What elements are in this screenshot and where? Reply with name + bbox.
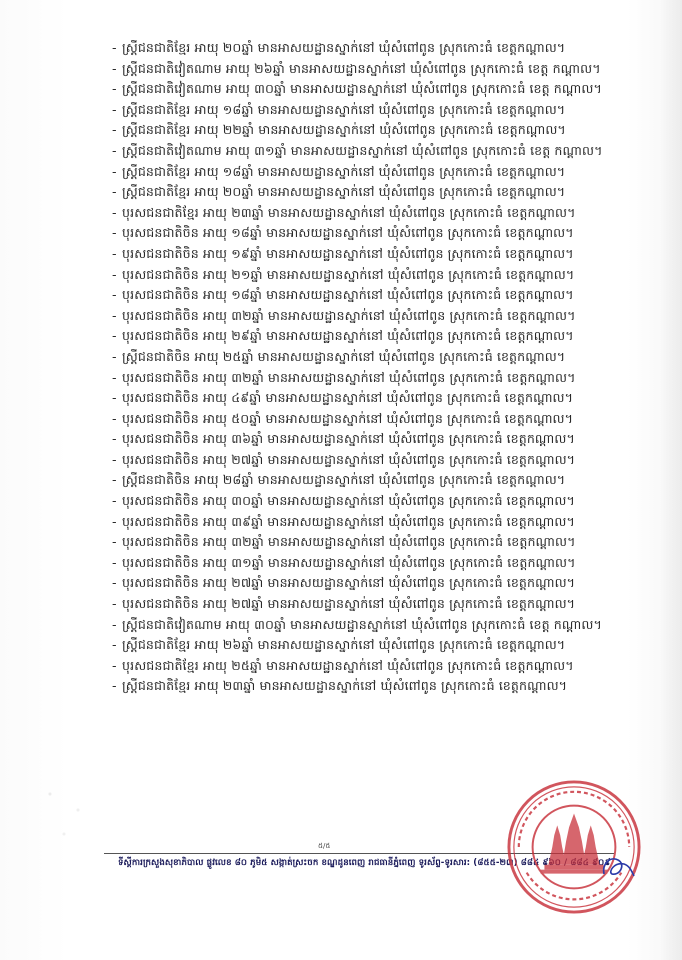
- case-entry: -ស្ត្រីជនជាតិវៀតណាម អាយុ ៣០ឆ្នាំ មានអាសយ…: [112, 79, 652, 100]
- case-entry: -បុរសជនជាតិចិន អាយុ ៣១ឆ្នាំ មានអាសយដ្ឋាន…: [112, 553, 652, 574]
- case-entry-text: ស្ត្រីជនជាតិចិន អាយុ ២៥ឆ្នាំ មានអាសយដ្ឋា…: [122, 349, 565, 364]
- case-entry-text: ស្ត្រីជនជាតិខ្មែរ អាយុ ២៦ឆ្នាំ មានអាសយដ្…: [122, 637, 565, 652]
- case-entry: -ស្ត្រីជនជាតិខ្មែរ អាយុ ២២ឆ្នាំ មានអាសយដ…: [112, 120, 652, 141]
- bullet-dash: -: [112, 306, 122, 327]
- bullet-dash: -: [112, 244, 122, 265]
- case-entry: -បុរសជនជាតិចិន អាយុ ៣៦ឆ្នាំ មានអាសយដ្ឋាន…: [112, 429, 652, 450]
- case-entry: -ស្ត្រីជនជាតិចិន អាយុ ២៨ឆ្នាំ មានអាសយដ្ឋ…: [112, 470, 652, 491]
- bullet-dash: -: [112, 223, 122, 244]
- bullet-dash: -: [112, 656, 122, 677]
- bullet-dash: -: [112, 615, 122, 636]
- case-entry: -បុរសជនជាតិចិន អាយុ ២៧ឆ្នាំ មានអាសយដ្ឋាន…: [112, 450, 652, 471]
- case-entry: -ស្ត្រីជនជាតិខ្មែរ អាយុ ១៨ឆ្នាំ មានអាសយដ…: [112, 162, 652, 183]
- case-entry-text: បុរសជនជាតិចិន អាយុ ៤៩ឆ្នាំ មានអាសយដ្ឋានស…: [122, 390, 573, 405]
- case-entry-text: បុរសជនជាតិចិន អាយុ ៣២ឆ្នាំ មានអាសយដ្ឋានស…: [122, 370, 576, 385]
- official-seal-angkor-icon: [505, 778, 643, 916]
- case-entry-text: បុរសជនជាតិចិន អាយុ ៣២ឆ្នាំ មានអាសយដ្ឋានស…: [122, 308, 576, 323]
- case-entry: -ស្ត្រីជនជាតិវៀតណាម អាយុ ២៦ឆ្នាំ មានអាសយ…: [112, 59, 652, 80]
- case-entry: -បុរសជនជាតិចិន អាយុ ៣២ឆ្នាំ មានអាសយដ្ឋាន…: [112, 532, 652, 553]
- document-page: -ស្ត្រីជនជាតិខ្មែរ អាយុ ២០ឆ្នាំ មានអាសយដ…: [0, 0, 682, 960]
- case-entry: -បុរសជនជាតិចិន អាយុ ៥០ឆ្នាំ មានអាសយដ្ឋាន…: [112, 409, 652, 430]
- case-entry-text: បុរសជនជាតិខ្មែរ អាយុ ២៣ឆ្នាំ មានអាសយដ្ឋា…: [122, 205, 576, 220]
- case-entry: -បុរសជនជាតិចិន អាយុ ២១ឆ្នាំ មានអាសយដ្ឋាន…: [112, 265, 652, 286]
- case-entry: -ស្ត្រីជនជាតិខ្មែរ អាយុ ២៦ឆ្នាំ មានអាសយដ…: [112, 635, 652, 656]
- case-entry-text: បុរសជនជាតិចិន អាយុ ៣៩ឆ្នាំ មានអាសយដ្ឋានស…: [122, 514, 575, 529]
- case-entry: -បុរសជនជាតិចិន អាយុ ៤៩ឆ្នាំ មានអាសយដ្ឋាន…: [112, 388, 652, 409]
- case-entry: -បុរសជនជាតិចិន អាយុ ១៩ឆ្នាំ មានអាសយដ្ឋាន…: [112, 244, 652, 265]
- bullet-dash: -: [112, 368, 122, 389]
- case-entry-text: បុរសជនជាតិចិន អាយុ ២៧ឆ្នាំ មានអាសយដ្ឋានស…: [122, 452, 575, 467]
- case-entry-text: បុរសជនជាតិចិន អាយុ ១៨ឆ្នាំ មានអាសយដ្ឋានស…: [122, 225, 574, 240]
- bullet-dash: -: [112, 573, 122, 594]
- case-entry: -ស្ត្រីជនជាតិខ្មែរ អាយុ ១៨ឆ្នាំ មានអាសយដ…: [112, 100, 652, 121]
- bullet-dash: -: [112, 265, 122, 286]
- bullet-dash: -: [112, 491, 122, 512]
- case-entry-text: បុរសជនជាតិចិន អាយុ ៣៦ឆ្នាំ មានអាសយដ្ឋានស…: [122, 431, 575, 446]
- case-entry: -បុរសជនជាតិចិន អាយុ ៣២ឆ្នាំ មានអាសយដ្ឋាន…: [112, 368, 652, 389]
- case-entry: -បុរសជនជាតិចិន អាយុ ២៧ឆ្នាំ មានអាសយដ្ឋាន…: [112, 594, 652, 615]
- bullet-dash: -: [112, 141, 122, 162]
- case-entry-text: ស្ត្រីជនជាតិចិន អាយុ ២៨ឆ្នាំ មានអាសយដ្ឋា…: [122, 472, 565, 487]
- case-entry-text: បុរសជនជាតិចិន អាយុ ៣២ឆ្នាំ មានអាសយដ្ឋានស…: [122, 534, 576, 549]
- bullet-dash: -: [112, 553, 122, 574]
- case-entry: -ស្ត្រីជនជាតិខ្មែរ អាយុ ២០ឆ្នាំ មានអាសយដ…: [112, 38, 652, 59]
- case-entry: -បុរសជនជាតិចិន អាយុ ២៩ឆ្នាំ មានអាសយដ្ឋាន…: [112, 326, 652, 347]
- bullet-dash: -: [112, 203, 122, 224]
- case-entry-text: ស្ត្រីជនជាតិខ្មែរ អាយុ ១៨ឆ្នាំ មានអាសយដ្…: [122, 164, 565, 179]
- case-entry-text: ស្ត្រីជនជាតិវៀតណាម អាយុ ៣០ឆ្នាំ មានអាសយដ…: [122, 81, 602, 96]
- case-entry-text: បុរសជនជាតិចិន អាយុ ២៧ឆ្នាំ មានអាសយដ្ឋានស…: [122, 575, 575, 590]
- bullet-dash: -: [112, 388, 122, 409]
- bullet-dash: -: [112, 512, 122, 533]
- case-entry: -បុរសជនជាតិខ្មែរ អាយុ ២៥ឆ្នាំ មានអាសយដ្ឋ…: [112, 656, 652, 677]
- bullet-dash: -: [112, 532, 122, 553]
- case-entry: -ស្ត្រីជនជាតិខ្មែរ អាយុ ២៣ឆ្នាំ មានអាសយដ…: [112, 676, 652, 697]
- bullet-dash: -: [112, 120, 122, 141]
- case-entry-text: ស្ត្រីជនជាតិវៀតណាម អាយុ ៣១ឆ្នាំ មានអាសយដ…: [122, 143, 602, 158]
- case-entry-text: បុរសជនជាតិចិន អាយុ ២៧ឆ្នាំ មានអាសយដ្ឋានស…: [122, 596, 575, 611]
- case-entry-text: បុរសជនជាតិចិន អាយុ ២៩ឆ្នាំ មានអាសយដ្ឋានស…: [122, 328, 574, 343]
- case-entry-text: បុរសជនជាតិចិន អាយុ ៣០ឆ្នាំ មានអាសយដ្ឋានស…: [122, 493, 575, 508]
- case-entry-text: ស្ត្រីជនជាតិវៀតណាម អាយុ ២៦ឆ្នាំ មានអាសយដ…: [122, 61, 601, 76]
- page-number: ៥/៥: [318, 842, 330, 852]
- bullet-dash: -: [112, 100, 122, 121]
- case-entry: -ស្ត្រីជនជាតិខ្មែរ អាយុ ២០ឆ្នាំ មានអាសយដ…: [112, 182, 652, 203]
- case-entry-text: ស្ត្រីជនជាតិវៀតណាម អាយុ ៣០ឆ្នាំ មានអាសយដ…: [122, 617, 602, 632]
- case-entry-text: បុរសជនជាតិចិន អាយុ ២១ឆ្នាំ មានអាសយដ្ឋានស…: [122, 267, 574, 282]
- case-entry: -បុរសជនជាតិខ្មែរ អាយុ ២៣ឆ្នាំ មានអាសយដ្ឋ…: [112, 203, 652, 224]
- case-entry: -ស្ត្រីជនជាតិចិន អាយុ ២៥ឆ្នាំ មានអាសយដ្ឋ…: [112, 347, 652, 368]
- bullet-dash: -: [112, 79, 122, 100]
- case-entry-text: បុរសជនជាតិចិន អាយុ ៣១ឆ្នាំ មានអាសយដ្ឋានស…: [122, 555, 576, 570]
- bullet-dash: -: [112, 450, 122, 471]
- signature-icon: [598, 852, 638, 882]
- case-entry-text: ស្ត្រីជនជាតិខ្មែរ អាយុ ២៣ឆ្នាំ មានអាសយដ្…: [122, 678, 567, 693]
- bullet-dash: -: [112, 635, 122, 656]
- case-entry: -បុរសជនជាតិចិន អាយុ ២៧ឆ្នាំ មានអាសយដ្ឋាន…: [112, 573, 652, 594]
- case-entry: -បុរសជនជាតិចិន អាយុ ១៨ឆ្នាំ មានអាសយដ្ឋាន…: [112, 223, 652, 244]
- bullet-dash: -: [112, 59, 122, 80]
- case-entry-text: ស្ត្រីជនជាតិខ្មែរ អាយុ ២០ឆ្នាំ មានអាសយដ្…: [122, 40, 565, 55]
- scan-shadow: [660, 0, 682, 960]
- scan-noise: [36, 770, 106, 850]
- case-entry-text: បុរសជនជាតិចិន អាយុ ១៨ឆ្នាំ មានអាសយដ្ឋានស…: [122, 287, 574, 302]
- bullet-dash: -: [112, 182, 122, 203]
- case-entry-text: ស្ត្រីជនជាតិខ្មែរ អាយុ ២០ឆ្នាំ មានអាសយដ្…: [122, 184, 565, 199]
- case-entry: -បុរសជនជាតិចិន អាយុ ៣០ឆ្នាំ មានអាសយដ្ឋាន…: [112, 491, 652, 512]
- case-entry-text: បុរសជនជាតិចិន អាយុ ១៩ឆ្នាំ មានអាសយដ្ឋានស…: [122, 246, 574, 261]
- bullet-dash: -: [112, 38, 122, 59]
- bullet-dash: -: [112, 285, 122, 306]
- case-entry-text: ស្ត្រីជនជាតិខ្មែរ អាយុ ១៨ឆ្នាំ មានអាសយដ្…: [122, 102, 565, 117]
- case-entry-text: បុរសជនជាតិខ្មែរ អាយុ ២៥ឆ្នាំ មានអាសយដ្ឋា…: [122, 658, 574, 673]
- case-entry: -ស្ត្រីជនជាតិវៀតណាម អាយុ ៣០ឆ្នាំ មានអាសយ…: [112, 615, 652, 636]
- case-entry: -ស្ត្រីជនជាតិវៀតណាម អាយុ ៣១ឆ្នាំ មានអាសយ…: [112, 141, 652, 162]
- case-entry: -បុរសជនជាតិចិន អាយុ ៣២ឆ្នាំ មានអាសយដ្ឋាន…: [112, 306, 652, 327]
- bullet-dash: -: [112, 409, 122, 430]
- case-entry-text: បុរសជនជាតិចិន អាយុ ៥០ឆ្នាំ មានអាសយដ្ឋានស…: [122, 411, 573, 426]
- bullet-dash: -: [112, 676, 122, 697]
- case-entry: -បុរសជនជាតិចិន អាយុ ៣៩ឆ្នាំ មានអាសយដ្ឋាន…: [112, 512, 652, 533]
- bullet-dash: -: [112, 470, 122, 491]
- bullet-dash: -: [112, 347, 122, 368]
- case-entry: -បុរសជនជាតិចិន អាយុ ១៨ឆ្នាំ មានអាសយដ្ឋាន…: [112, 285, 652, 306]
- bullet-dash: -: [112, 594, 122, 615]
- case-entry-text: ស្ត្រីជនជាតិខ្មែរ អាយុ ២២ឆ្នាំ មានអាសយដ្…: [122, 122, 566, 137]
- bullet-dash: -: [112, 326, 122, 347]
- case-list: -ស្ត្រីជនជាតិខ្មែរ អាយុ ២០ឆ្នាំ មានអាសយដ…: [112, 38, 652, 697]
- bullet-dash: -: [112, 162, 122, 183]
- bullet-dash: -: [112, 429, 122, 450]
